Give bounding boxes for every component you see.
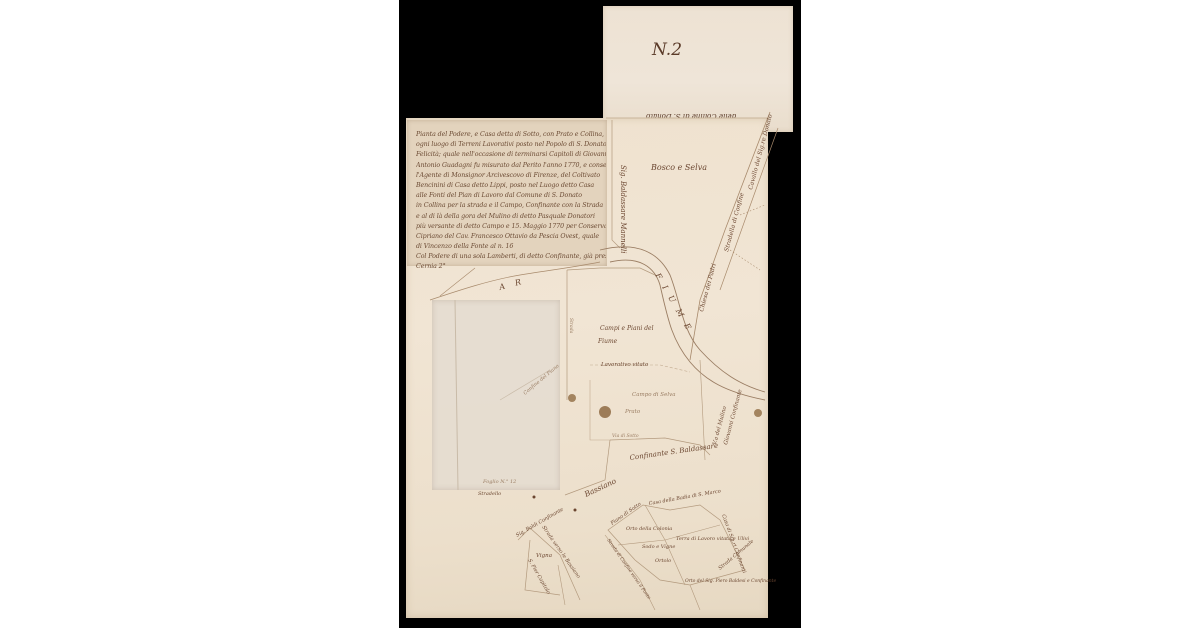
label-prato: Prato bbox=[624, 409, 641, 415]
map-sheet: N.2 delle Colline di S. Donato Pianta de… bbox=[0, 0, 1200, 628]
label-lower-left-top: Sig. Baldi Confinante bbox=[515, 507, 565, 539]
label-bassiano: Bassiano bbox=[582, 476, 618, 499]
label-lavorativo: Lavorativo vitato bbox=[600, 362, 649, 368]
label-vigna: Vigna bbox=[536, 553, 552, 559]
label-lower-right-b: Sodo e Vigne bbox=[642, 544, 675, 550]
map-drawing: Sig. Baldassare Mannelli Bosco e Selva C… bbox=[0, 0, 1200, 628]
label-right-strip-1: Cavallo del Sig.re Donato bbox=[747, 113, 774, 190]
label-bottom-margin: Stradello bbox=[478, 491, 501, 497]
label-giovanni: Giovanni Confinante bbox=[723, 388, 744, 445]
label-overlay-diagonal: Confine del Piano bbox=[522, 363, 560, 396]
label-lower-right-tl: Piano di Sotto bbox=[609, 501, 642, 527]
label-lower-right-d: Terra di Lavoro vitata e Ulivi bbox=[676, 536, 750, 542]
label-lower-right-a: Orto della Colonia bbox=[626, 526, 672, 532]
label-mannelli: Sig. Baldassare Mannelli bbox=[619, 165, 627, 253]
label-lower-right-top: Casa della Badia di S. Marco bbox=[648, 488, 721, 507]
label-campi-2: Fiume bbox=[597, 338, 618, 345]
label-lower-right-bottom: Orto del Sig. Piero Baldesi e Confinante bbox=[685, 578, 776, 584]
label-lower-left-side: S. Pier Capitolo bbox=[526, 558, 551, 595]
label-campi: Campi e Piani del bbox=[600, 325, 654, 332]
label-right-strip-3: Chiesa dei Padri bbox=[698, 263, 718, 313]
label-overlay-caption: Foglio N.° 12 bbox=[482, 479, 516, 485]
label-bosco: Bosco e Selva bbox=[650, 163, 707, 172]
label-campo-selva: Campo di Selva bbox=[632, 392, 675, 398]
label-fiume: F I U M E bbox=[653, 271, 695, 334]
label-right-strip-2: Stradella di Confine bbox=[723, 192, 746, 253]
label-strada-vertical: Strada bbox=[568, 318, 574, 334]
label-lower-right-c: Ortolo bbox=[655, 558, 671, 564]
label-via-di-sotto: Via di Sotto bbox=[612, 433, 639, 439]
